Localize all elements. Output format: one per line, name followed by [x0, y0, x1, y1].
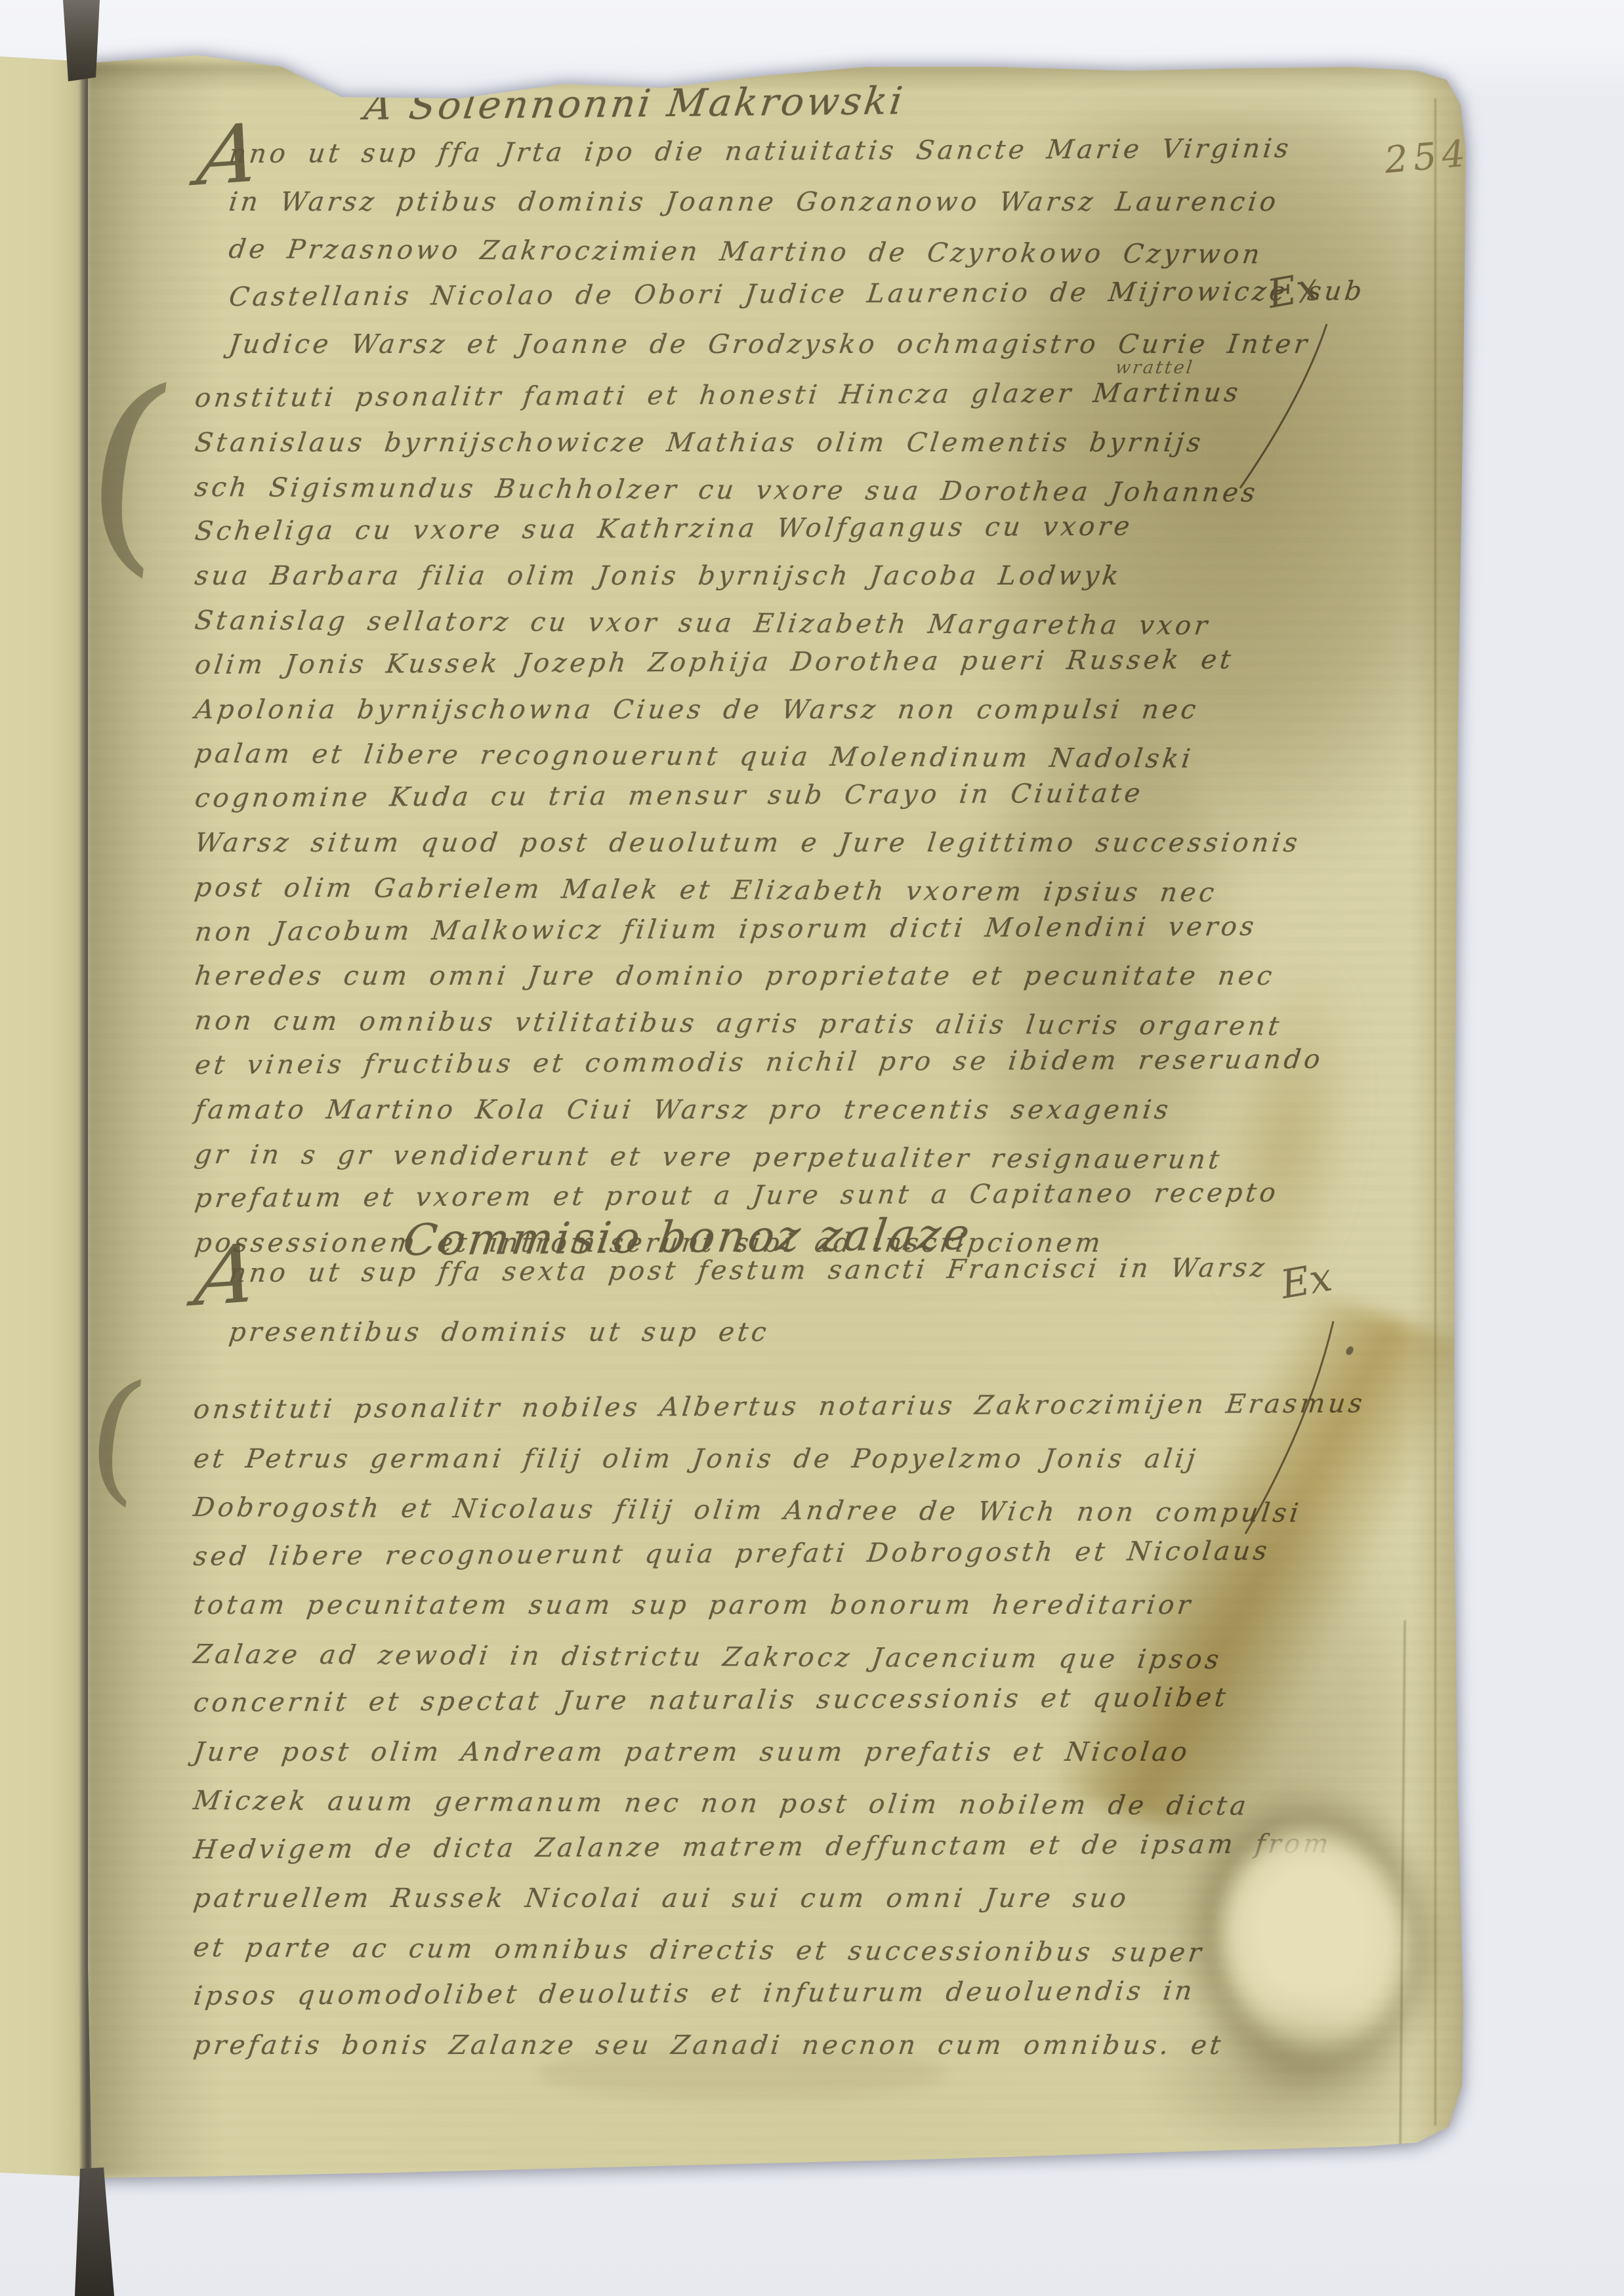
manuscript-line: Stanislag sellatorz cu vxor sua Elizabet…	[193, 605, 1212, 641]
manuscript-line: ipsos quomodolibet deuolutis et infuturu…	[192, 1976, 1197, 2011]
manuscript-line: et parte ac cum omnibus directis et succ…	[192, 1933, 1206, 1968]
paragraph-brace-entry3: (	[81, 1362, 152, 1509]
page-wrap: A Solennonni Makrowski 2548 A nno ut sup…	[0, 0, 1624, 2296]
manuscript-line: Stanislaus byrnijschowicze Mathias olim …	[193, 428, 1205, 458]
right-edge-strip	[1411, 72, 1467, 2145]
manuscript-page: A Solennonni Makrowski 2548 A nno ut sup…	[0, 0, 1624, 2296]
manuscript-line: Castellanis Nicolao de Obori Judice Laur…	[228, 276, 1367, 312]
manuscript-line: Apolonia byrnijschowna Ciues de Warsz no…	[193, 695, 1201, 725]
manuscript-line: et Petrus germani filij olim Jonis de Po…	[192, 1444, 1200, 1474]
page-number: 2548	[1383, 130, 1501, 182]
scanned-book-page: A Solennonni Makrowski 2548 A nno ut sup…	[0, 0, 1624, 2296]
manuscript-line: prefatis bonis Zalanze seu Zanadi necnon…	[192, 2030, 1225, 2060]
stain-under-patch	[1102, 1981, 1470, 2178]
manuscript-line: Zalaze ad zewodi in districtu Zakrocz Ja…	[192, 1639, 1224, 1675]
manuscript-line: Judice Warsz et Joanne de Grodzysko ochm…	[227, 329, 1312, 359]
manuscript-line: palam et libere recognouerunt quia Molen…	[193, 739, 1195, 774]
paragraph-brace-entry2: (	[73, 355, 184, 580]
manuscript-line: Jure post olim Andream patrem suum prefa…	[192, 1737, 1192, 1767]
manuscript-line: sch Sigismundus Buchholzer cu vxore sua …	[193, 472, 1260, 508]
manuscript-line: concernit et spectat Jure naturalis succ…	[192, 1683, 1230, 1718]
crease-line	[1400, 1620, 1406, 2145]
running-title: A Solennonni Makrowski	[362, 78, 907, 129]
manuscript-line: Scheliga cu vxore sua Kathrzina Wolfgang…	[194, 512, 1135, 546]
ex-mark-icon: Ex	[1278, 1254, 1336, 1308]
interline-note: wrattel	[1114, 358, 1196, 378]
manuscript-line: patruellem Russek Nicolai aui sui cum om…	[192, 1883, 1131, 1914]
manuscript-line: olim Jonis Kussek Jozeph Zophija Dorothe…	[194, 645, 1236, 680]
manuscript-line: famato Martino Kola Ciui Warsz pro trece…	[193, 1095, 1173, 1125]
manuscript-line: presentibus dominis ut sup etc	[227, 1317, 771, 1347]
manuscript-line: onstituti psonalitr famati et honesti Hi…	[194, 378, 1243, 413]
manuscript-line: Miczek auum germanum nec non post olim n…	[192, 1786, 1251, 1821]
manuscript-line: cognomine Kuda cu tria mensur sub Crayo …	[194, 779, 1145, 814]
manuscript-line: totam pecunitatem suam sup parom bonorum…	[192, 1590, 1195, 1620]
manuscript-line: onstituti psonalitr nobiles Albertus not…	[192, 1389, 1367, 1425]
manuscript-line: et vineis fructibus et commodis nichil p…	[194, 1044, 1325, 1080]
manuscript-line: sed libere recognouerunt quia prefati Do…	[192, 1536, 1272, 1572]
manuscript-line: Dobrogosth et Nicolaus filij olim Andree…	[192, 1492, 1303, 1528]
manuscript-line: Hedvigem de dicta Zalanze matrem deffunc…	[192, 1828, 1333, 1864]
tail-path	[1240, 324, 1327, 488]
manuscript-line: sua Barbara filia olim Jonis byrnijsch J…	[193, 561, 1123, 591]
manuscript-line: non cum omnibus vtilitatibus agris prati…	[193, 1006, 1284, 1042]
manuscript-line: nno ut sup ffa Jrta ipo die natiuitatis …	[228, 134, 1293, 169]
manuscript-line: de Przasnowo Zakroczimien Martino de Czy…	[227, 234, 1264, 270]
manuscript-line: non Jacobum Malkowicz filium ipsorum dic…	[194, 911, 1259, 947]
manuscript-line: heredes cum omni Jure dominio proprietat…	[193, 961, 1277, 991]
manuscript-line: Warsz situm quod post deuolutum e Jure l…	[193, 828, 1302, 858]
manuscript-line: gr in s gr vendiderunt et vere perpetual…	[193, 1139, 1224, 1175]
ex-mark-icon: Ex	[1264, 264, 1323, 318]
manuscript-line: prefatum et vxorem et prout a Jure sunt …	[194, 1178, 1281, 1214]
manuscript-line: post olim Gabrielem Malek et Elizabeth v…	[193, 872, 1219, 908]
fold-line	[1434, 98, 1436, 2125]
manuscript-line: in Warsz ptibus dominis Joanne Gonzanowo…	[227, 187, 1281, 217]
manuscript-line: nno ut sup ffa sexta post festum sancti …	[228, 1253, 1270, 1288]
